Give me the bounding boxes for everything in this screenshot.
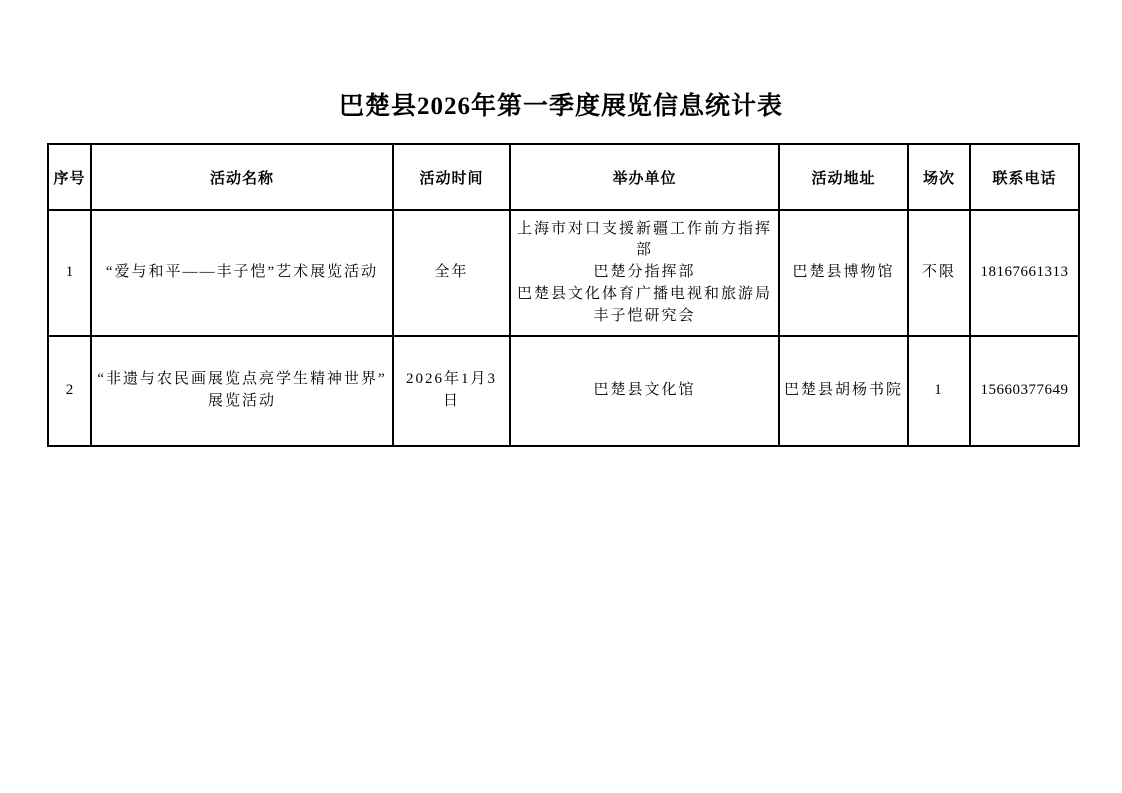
header-cell-index: 序号 [48, 144, 91, 210]
page-title: 巴楚县2026年第一季度展览信息统计表 [0, 86, 1122, 122]
table-row: 1 “爱与和平——丰子恺”艺术展览活动 全年 上海市对口支援新疆工作前方指挥部 … [48, 210, 1079, 336]
cell-index: 2 [48, 336, 91, 446]
exhibition-table: 序号 活动名称 活动时间 举办单位 活动地址 场次 联系电话 1 “爱与和平——… [47, 143, 1080, 447]
text-line: 展览活动 [96, 391, 388, 413]
cell-address: 巴楚县博物馆 [779, 210, 908, 336]
cell-sessions: 1 [908, 336, 970, 446]
text-line: 上海市对口支援新疆工作前方指挥部 [515, 219, 774, 263]
text-line: “非遗与农民画展览点亮学生精神世界” [96, 369, 388, 391]
text-line: 丰子恺研究会 [515, 306, 774, 328]
cell-organizer: 巴楚县文化馆 [510, 336, 779, 446]
header-cell-activity-name: 活动名称 [91, 144, 393, 210]
table-row: 2 “非遗与农民画展览点亮学生精神世界” 展览活动 2026年1月3日 巴楚县文… [48, 336, 1079, 446]
header-cell-phone: 联系电话 [970, 144, 1079, 210]
cell-activity-time: 2026年1月3日 [393, 336, 510, 446]
text-line: 巴楚县文化体育广播电视和旅游局 [515, 284, 774, 306]
header-cell-organizer: 举办单位 [510, 144, 779, 210]
cell-organizer: 上海市对口支援新疆工作前方指挥部 巴楚分指挥部 巴楚县文化体育广播电视和旅游局 … [510, 210, 779, 336]
cell-activity-time: 全年 [393, 210, 510, 336]
cell-address: 巴楚县胡杨书院 [779, 336, 908, 446]
cell-activity-name: “爱与和平——丰子恺”艺术展览活动 [91, 210, 393, 336]
cell-phone: 18167661313 [970, 210, 1079, 336]
cell-sessions: 不限 [908, 210, 970, 336]
cell-phone: 15660377649 [970, 336, 1079, 446]
cell-activity-name: “非遗与农民画展览点亮学生精神世界” 展览活动 [91, 336, 393, 446]
cell-index: 1 [48, 210, 91, 336]
table-header-row: 序号 活动名称 活动时间 举办单位 活动地址 场次 联系电话 [48, 144, 1079, 210]
header-cell-sessions: 场次 [908, 144, 970, 210]
header-cell-address: 活动地址 [779, 144, 908, 210]
header-cell-activity-time: 活动时间 [393, 144, 510, 210]
text-line: “爱与和平——丰子恺”艺术展览活动 [96, 262, 388, 284]
text-line: 巴楚分指挥部 [515, 262, 774, 284]
text-line: 巴楚县文化馆 [515, 380, 774, 402]
